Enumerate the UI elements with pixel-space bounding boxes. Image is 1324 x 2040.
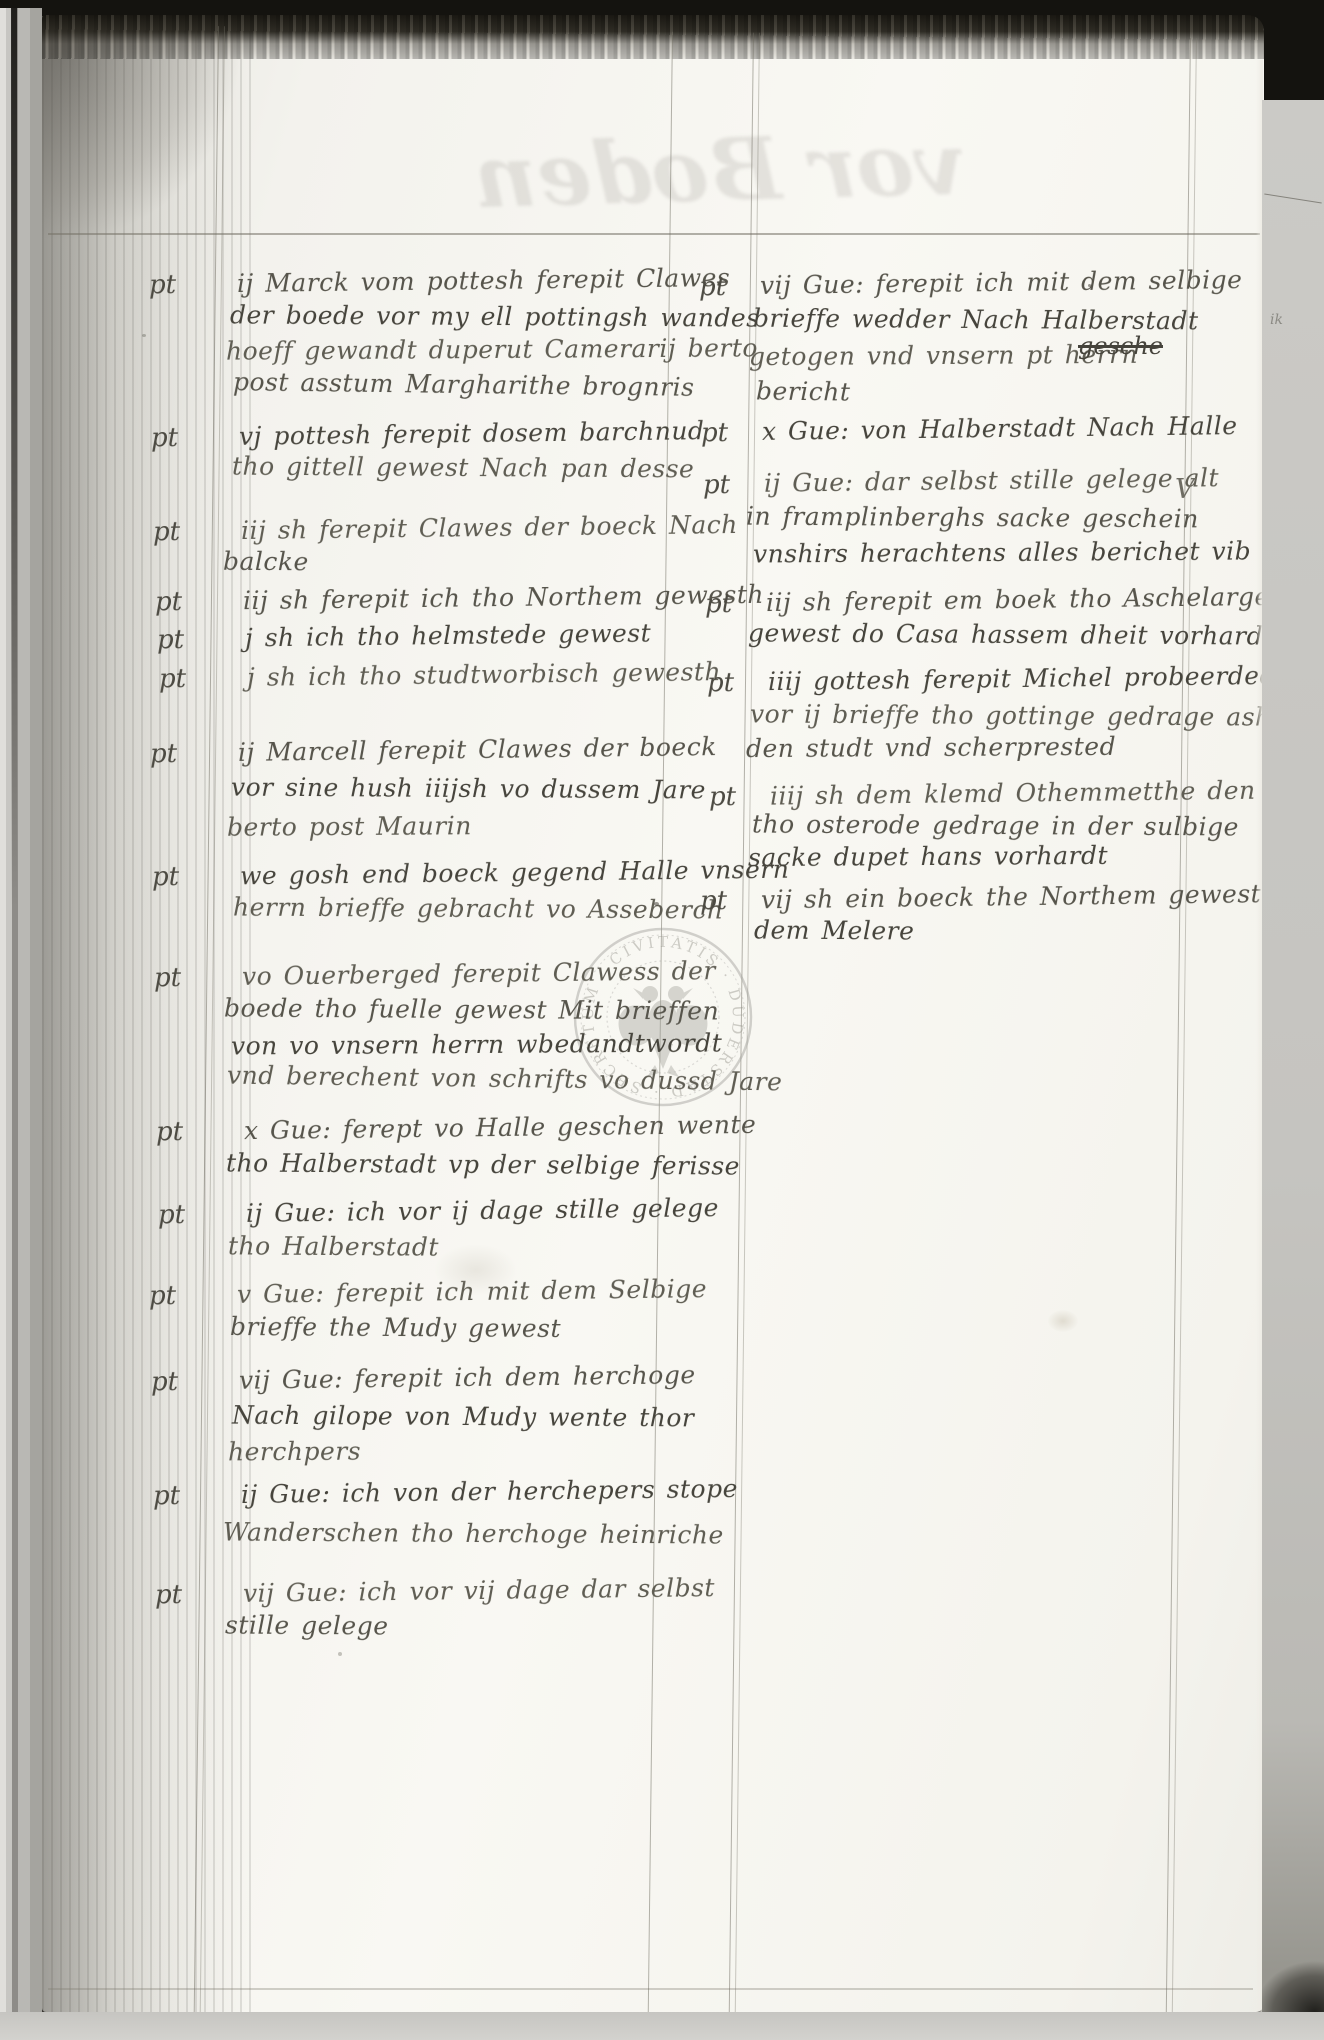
page-top-edge-fibers xyxy=(42,15,1264,59)
entry-line: Wanderschen tho herchoge heinriche xyxy=(223,1517,724,1550)
entry-line: hoeff gewandt duperut Camerarij berto xyxy=(226,333,758,366)
scanned-book-spread: vor Boden · SECRETUM · CIVITATIS · DUDER… xyxy=(0,0,1324,2040)
entry-line: v Gue: ferepit ich mit dem Selbige xyxy=(237,1274,707,1310)
entry-line: vj pottesh ferepit dosem barchnud xyxy=(239,416,705,452)
entry-line: iiij gottesh ferepit Michel probeerded xyxy=(768,661,1276,697)
entry-line: iij sh ferepit ich tho Northem gewesth xyxy=(243,580,764,616)
entry-line: dem Melere xyxy=(754,916,915,947)
margin-mark: pt xyxy=(155,587,182,617)
margin-mark: pt xyxy=(154,963,181,993)
margin-mark: pt xyxy=(152,862,179,892)
entry-line: tho osterode gedrage in der sulbige xyxy=(752,810,1239,843)
entry-line: vor ij brieffe tho gottinge gedrage ash xyxy=(750,699,1272,732)
entry-line: vij sh ein boeck the Northem gewest bij xyxy=(761,879,1306,916)
entry-line: iiij sh dem klemd Othemmetthe den breess… xyxy=(770,774,1324,811)
margin-mark: pt xyxy=(705,589,732,619)
bleedthrough-title: vor Boden xyxy=(493,113,966,227)
entry-line: balcke xyxy=(223,547,309,578)
check-mark: V xyxy=(1175,474,1195,505)
entry-line: j sh ich tho helmstede gewest xyxy=(245,619,651,654)
entry-line: ij Gue: dar selbst stille gelege alt xyxy=(764,463,1219,499)
ruled-line-bottom xyxy=(48,1988,1253,1990)
struck-out-word: gesche xyxy=(1078,332,1163,360)
fore-edge-mark: ik xyxy=(1270,312,1283,328)
entry-line: bericht xyxy=(756,376,851,407)
entry-line: ij Gue: ich vor ij dage stille gelege xyxy=(246,1193,719,1229)
entry-line: vo Ouerberged ferepit Clawess der xyxy=(242,956,716,992)
binding-shadow-line xyxy=(11,8,17,908)
margin-mark: pt xyxy=(709,782,736,812)
scanner-bed-bottom xyxy=(0,2012,1324,2040)
entry-line: post asstum Margharithe brognris xyxy=(233,367,695,403)
entry-line: x Gue: von Halberstadt Nach Halle xyxy=(762,411,1238,447)
margin-mark: pt xyxy=(703,470,730,500)
margin-mark: pt xyxy=(158,1200,185,1230)
entry-line: gewest do Casa hassem dheit vorhardt xyxy=(748,618,1274,651)
entry-line: vij Gue: ich vor vij dage dar selbst xyxy=(243,1573,715,1609)
ink-speck xyxy=(338,1652,342,1656)
entry-line: iij sh ferepit Clawes der boeck Nach xyxy=(241,510,738,546)
ruled-line-top xyxy=(48,233,1260,235)
margin-mark: pt xyxy=(149,270,176,300)
entry-line: vnshirs herachtens alles berichet vib xyxy=(753,536,1251,569)
underlying-pages-fore-edge: ik xyxy=(1262,100,1324,2030)
margin-mark: pt xyxy=(157,625,184,655)
entry-line: ij Gue: ich von der herchepers stope xyxy=(241,1474,738,1510)
entry-line: von vo vnsern herrn wbedandtwordt xyxy=(231,1028,722,1061)
entry-line: tho Halberstadt xyxy=(228,1231,439,1262)
manuscript-page: vor Boden · SECRETUM · CIVITATIS · DUDER… xyxy=(42,16,1264,2012)
entry-line: ij Marck vom pottesh ferepit Clawes xyxy=(237,263,731,299)
entry-line: vnd berechent von schrifts vo dussd Jare xyxy=(227,1061,783,1098)
ink-speck xyxy=(142,334,146,337)
entry-line: brieffe the Mudy gewest xyxy=(230,1312,561,1344)
entry-line: j sh ich tho studtworbisch gewesth xyxy=(247,657,721,693)
margin-mark: pt xyxy=(156,1117,183,1147)
left-margin-rule xyxy=(194,26,225,2012)
entry-line: in framplinberghs sacke geschein xyxy=(746,502,1199,535)
entry-line: tho gittell gewest Nach pan desse xyxy=(232,452,695,485)
margin-mark: pt xyxy=(153,1481,180,1511)
margin-mark: pt xyxy=(155,1580,182,1610)
margin-mark: pt xyxy=(150,739,177,769)
entry-line: berto post Maurin xyxy=(227,811,472,842)
entry-line: vor sine hush iiijsh vo dussem Jare xyxy=(231,773,706,806)
entry-line: sacke dupet hans vorhardt xyxy=(748,841,1108,873)
margin-mark: pt xyxy=(153,517,180,547)
margin-mark: pt xyxy=(159,664,186,694)
entry-line: Nach gilope von Mudy wente thor xyxy=(232,1401,695,1434)
entry-line: der boede vor my ell pottingsh wandes xyxy=(230,300,760,333)
margin-mark: pt xyxy=(151,1367,178,1397)
paper-stain xyxy=(1048,1310,1078,1332)
binding-gutter-shadow xyxy=(42,16,252,2012)
margin-mark: pt xyxy=(700,886,727,916)
entry-line: herchpers xyxy=(228,1437,361,1468)
entry-line: den studt vnd scherprested xyxy=(746,732,1116,764)
entry-line: vij Gue: ferepit ich mit dem selbige xyxy=(760,265,1243,301)
margin-mark: pt xyxy=(699,272,726,302)
margin-mark: pt xyxy=(149,1281,176,1311)
fore-edge-crack xyxy=(1264,193,1321,203)
entry-line: ij Marcell ferepit Clawes der boeck xyxy=(238,732,717,768)
entry-line: vij Gue: ferepit ich dem herchoge xyxy=(239,1360,696,1396)
entry-line: boede tho fuelle gewest Mit brieffen xyxy=(224,993,719,1026)
margin-mark: pt xyxy=(701,418,728,448)
margin-mark: pt xyxy=(707,668,734,698)
entry-line: x Gue: ferept vo Halle geschen wente xyxy=(244,1110,757,1146)
entry-line: herrn brieffe gebracht vo Asseberch xyxy=(233,893,724,926)
entry-line: stille gelege xyxy=(225,1611,389,1642)
entry-line: iij sh ferepit em boek tho Aschelarge xyxy=(766,582,1270,618)
entry-line: tho Halberstadt vp der selbige ferisse xyxy=(226,1148,740,1181)
margin-mark: pt xyxy=(151,423,178,453)
left-page-stack-edge xyxy=(0,8,42,2040)
